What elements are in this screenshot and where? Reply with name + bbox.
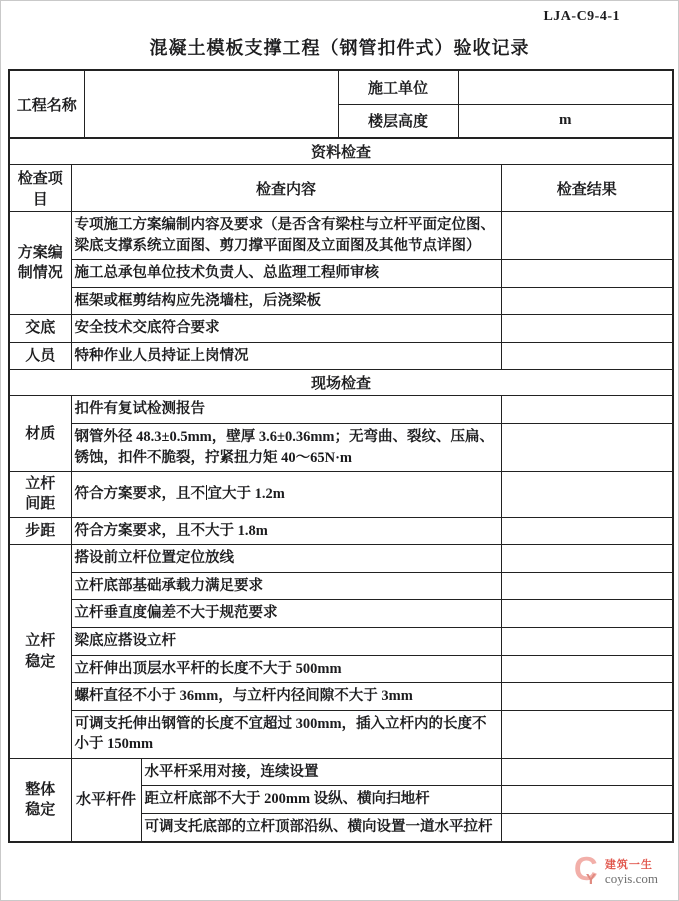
- result-cell[interactable]: [501, 572, 673, 600]
- inspection-table: 资料检查检查项 目检查内容检查结果方案编 制情况专项施工方案编制内容及要求（是否…: [8, 137, 674, 843]
- content-cell: 水平杆采用对接，连续设置: [141, 758, 501, 786]
- content-cell: 框架或框剪结构应先浇墙柱，后浇梁板: [71, 287, 501, 315]
- result-cell[interactable]: [501, 424, 673, 472]
- section-header: 资料检查: [9, 138, 673, 165]
- document-page: LJA-C9-4-1 混凝土模板支撑工程（钢管扣件式）验收记录 工程名称 施工单…: [0, 0, 679, 901]
- sub-item-cell: 水平杆件: [71, 758, 141, 841]
- item-cell: 整体 稳定: [9, 758, 71, 841]
- table-row: 方案编 制情况专项施工方案编制内容及要求（是否含有梁柱与立杆平面定位图、梁底支撑…: [9, 212, 673, 260]
- table-row: 梁底应搭设立杆: [9, 628, 673, 656]
- item-cell: 立杆 间距: [9, 472, 71, 518]
- content-cell: 专项施工方案编制内容及要求（是否含有梁柱与立杆平面定位图、梁底支撑系统立面图、剪…: [71, 212, 501, 260]
- content-cell: 立杆垂直度偏差不大于规范要求: [71, 600, 501, 628]
- content-cell: 符合方案要求，且不大于 1.8m: [71, 517, 501, 545]
- column-header-result: 检查结果: [501, 165, 673, 212]
- content-cell: 立杆伸出顶层水平杆的长度不大于 500mm: [71, 655, 501, 683]
- section-row: 资料检查: [9, 138, 673, 165]
- logo-letter-y: Y: [586, 871, 596, 888]
- table-row: 施工总承包单位技术负责人、总监理工程师审核: [9, 260, 673, 288]
- item-cell: 人员: [9, 342, 71, 370]
- floor-height-value[interactable]: m: [458, 104, 673, 138]
- item-cell: 交底: [9, 315, 71, 343]
- item-cell: 立杆 稳定: [9, 545, 71, 759]
- result-cell[interactable]: [501, 655, 673, 683]
- table-row: 人员特种作业人员持证上岗情况: [9, 342, 673, 370]
- result-cell[interactable]: [501, 260, 673, 288]
- watermark: C Y 建筑一生 coyis.com: [574, 858, 658, 888]
- construction-unit-label: 施工单位: [338, 70, 458, 104]
- table-row: 交底安全技术交底符合要求: [9, 315, 673, 343]
- result-cell[interactable]: [501, 212, 673, 260]
- result-cell[interactable]: [501, 786, 673, 814]
- content-cell: 立杆底部基础承载力满足要求: [71, 572, 501, 600]
- result-cell[interactable]: [501, 472, 673, 518]
- table-row: 钢管外径 48.3±0.5mm，壁厚 3.6±0.36mm；无弯曲、裂纹、压扁、…: [9, 424, 673, 472]
- column-header-row: 检查项 目检查内容检查结果: [9, 165, 673, 212]
- form-code: LJA-C9-4-1: [543, 9, 620, 25]
- result-cell[interactable]: [501, 287, 673, 315]
- section-header: 现场检查: [9, 370, 673, 396]
- result-cell[interactable]: [501, 710, 673, 758]
- table-row: 材质扣件有复试检测报告: [9, 396, 673, 424]
- content-cell: 梁底应搭设立杆: [71, 628, 501, 656]
- table-row: 框架或框剪结构应先浇墙柱，后浇梁板: [9, 287, 673, 315]
- column-header-item: 检查项 目: [9, 165, 71, 212]
- construction-unit-value[interactable]: [458, 70, 673, 104]
- table-row: 步距符合方案要求，且不大于 1.8m: [9, 517, 673, 545]
- watermark-text: 建筑一生 coyis.com: [605, 859, 658, 887]
- result-cell[interactable]: [501, 628, 673, 656]
- project-info-table: 工程名称 施工单位 楼层高度 m: [8, 69, 674, 139]
- content-cell: 安全技术交底符合要求: [71, 315, 501, 343]
- content-cell: 符合方案要求，且不宜大于 1.2m: [71, 472, 501, 518]
- section-row: 现场检查: [9, 370, 673, 396]
- table-row: 立杆 稳定搭设前立杆位置定位放线: [9, 545, 673, 573]
- result-cell[interactable]: [501, 396, 673, 424]
- content-cell: 距立杆底部不大于 200mm 设纵、横向扫地杆: [141, 786, 501, 814]
- result-cell[interactable]: [501, 814, 673, 842]
- result-cell[interactable]: [501, 315, 673, 343]
- table-row: 整体 稳定水平杆件水平杆采用对接，连续设置: [9, 758, 673, 786]
- item-cell: 方案编 制情况: [9, 212, 71, 315]
- content-cell: 搭设前立杆位置定位放线: [71, 545, 501, 573]
- result-cell[interactable]: [501, 683, 673, 711]
- info-row-1: 工程名称 施工单位: [9, 70, 673, 104]
- project-name-value[interactable]: [84, 70, 338, 138]
- result-cell[interactable]: [501, 758, 673, 786]
- page-title: 混凝土模板支撑工程（钢管扣件式）验收记录: [1, 34, 678, 60]
- table-row: 立杆垂直度偏差不大于规范要求: [9, 600, 673, 628]
- item-cell: 材质: [9, 396, 71, 472]
- brand-domain: coyis.com: [605, 872, 658, 887]
- table-row: 可调支托伸出钢管的长度不宜超过 300mm，插入立杆内的长度不小于 150mm: [9, 710, 673, 758]
- content-cell: 施工总承包单位技术负责人、总监理工程师审核: [71, 260, 501, 288]
- text-cursor: [206, 485, 208, 500]
- table-row: 螺杆直径不小于 36mm，与立杆内径间隙不大于 3mm: [9, 683, 673, 711]
- content-cell: 扣件有复试检测报告: [71, 396, 501, 424]
- item-cell: 步距: [9, 517, 71, 545]
- result-cell[interactable]: [501, 517, 673, 545]
- table-row: 立杆底部基础承载力满足要求: [9, 572, 673, 600]
- watermark-logo: C Y: [574, 858, 600, 888]
- column-header-content: 检查内容: [71, 165, 501, 212]
- content-cell: 特种作业人员持证上岗情况: [71, 342, 501, 370]
- content-cell: 可调支托底部的立杆顶部沿纵、横向设置一道水平拉杆: [141, 814, 501, 842]
- table-row: 立杆 间距符合方案要求，且不宜大于 1.2m: [9, 472, 673, 518]
- result-cell[interactable]: [501, 342, 673, 370]
- result-cell[interactable]: [501, 600, 673, 628]
- table-row: 立杆伸出顶层水平杆的长度不大于 500mm: [9, 655, 673, 683]
- floor-height-label: 楼层高度: [338, 104, 458, 138]
- inspection-table-body: 资料检查检查项 目检查内容检查结果方案编 制情况专项施工方案编制内容及要求（是否…: [9, 138, 673, 842]
- project-name-label: 工程名称: [9, 70, 84, 138]
- content-cell: 可调支托伸出钢管的长度不宜超过 300mm，插入立杆内的长度不小于 150mm: [71, 710, 501, 758]
- result-cell[interactable]: [501, 545, 673, 573]
- content-cell: 钢管外径 48.3±0.5mm，壁厚 3.6±0.36mm；无弯曲、裂纹、压扁、…: [71, 424, 501, 472]
- brand-name: 建筑一生: [605, 859, 658, 872]
- content-cell: 螺杆直径不小于 36mm，与立杆内径间隙不大于 3mm: [71, 683, 501, 711]
